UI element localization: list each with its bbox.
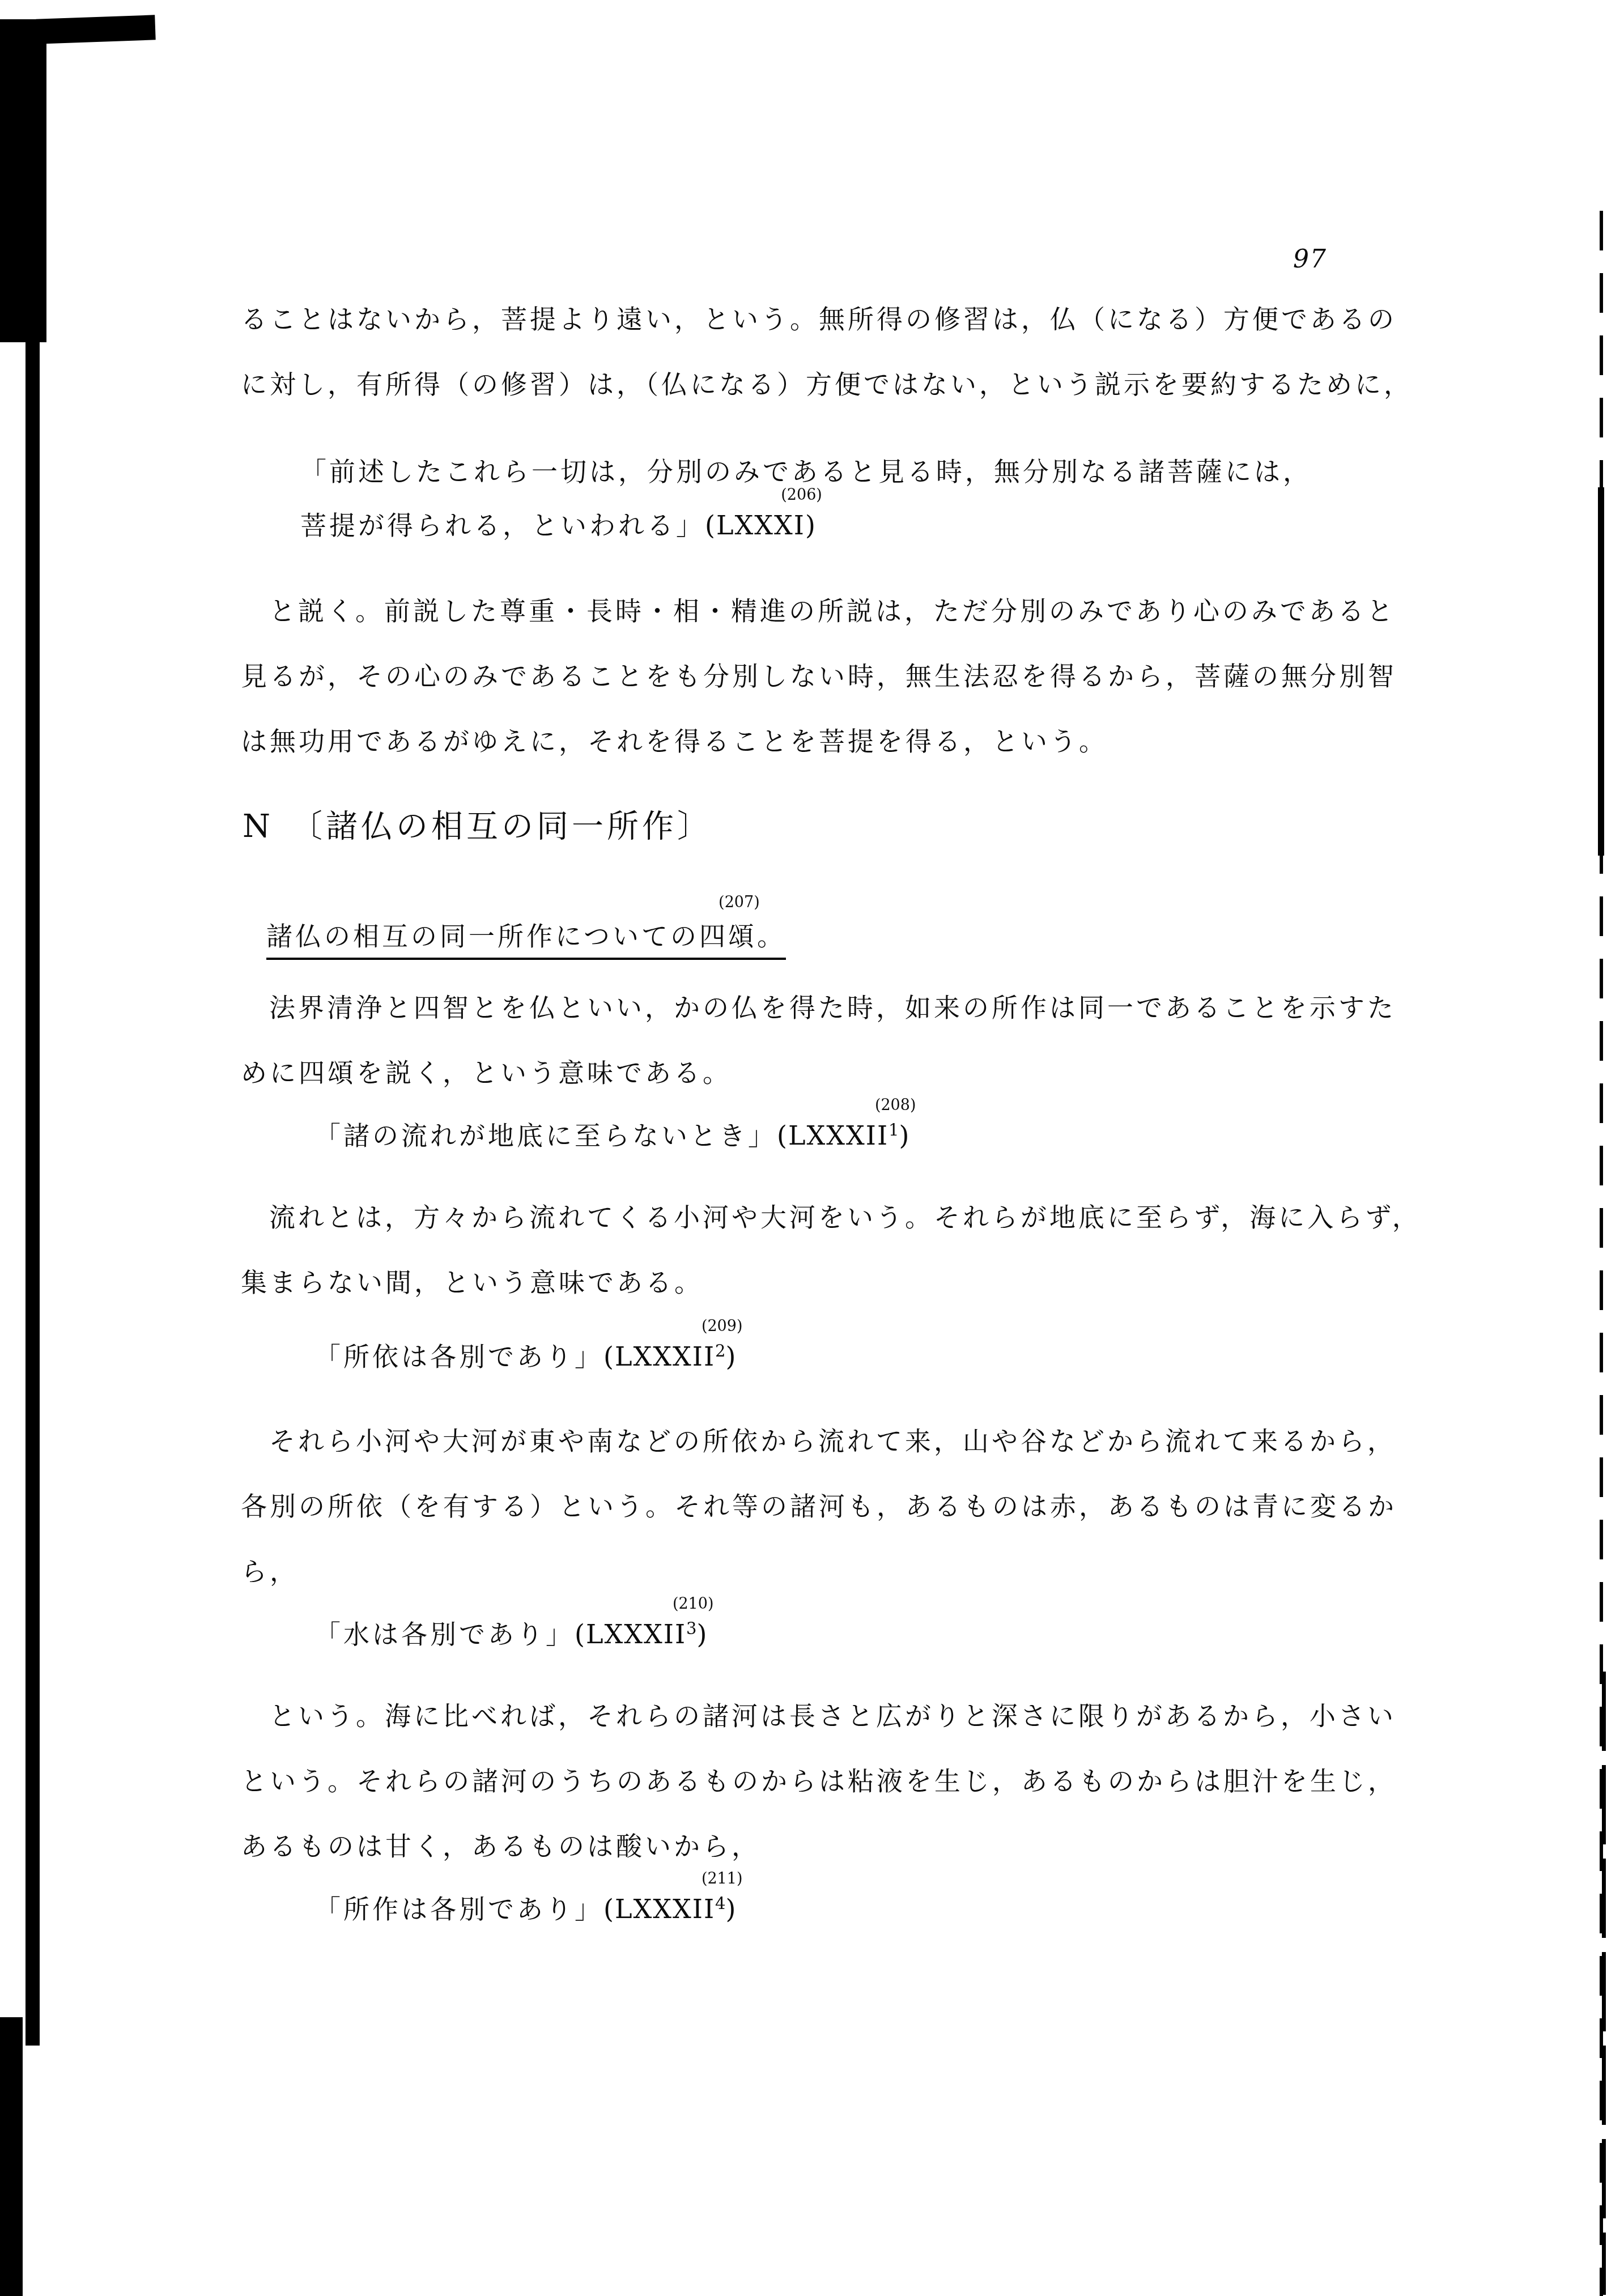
- quote-ref-post: ): [697, 1619, 708, 1649]
- verse-ref-label: (LXXXI): [705, 510, 817, 541]
- paragraph-line: は無功用であるがゆえに，それを得ることを菩提を得る，という。: [241, 709, 1397, 774]
- verse-ref: (LXXXI)(206): [705, 510, 817, 541]
- paragraph-line: 見るが，その心のみであることをも分別しない時，無生法忍を得るから，菩薩の無分別智: [241, 644, 1397, 709]
- quote-ref-pre: (LXXXII: [777, 1120, 888, 1151]
- paragraph-3: 法界清浄と四智とを仏といい，かの仏を得た時，如来の所作は同一であることを示すた …: [241, 975, 1396, 1106]
- paragraph-line: 集まらない間，という意味である。: [241, 1250, 1421, 1315]
- footnote-number: (209): [702, 1319, 743, 1334]
- quote-ref-superscript: 2: [715, 1341, 725, 1360]
- paragraph-line: という。海に比べれば，それらの諸河は長さと広がりと深さに限りがあるから，小さい: [241, 1683, 1397, 1749]
- page-number: 97: [1293, 245, 1327, 274]
- scan-artifact-top-smear: [36, 15, 155, 44]
- quote-line-208: 「諸の流れが地底に至らないとき」(LXXXII1)(208): [314, 1120, 911, 1151]
- scan-artifact-right-streak-dense: [1598, 487, 1604, 856]
- verse-quote: 「前述したこれら一切は，分別のみであると見る時，無分別なる諸菩薩には， 菩提が得…: [300, 445, 1312, 552]
- quote-ref-post: ): [726, 1894, 737, 1924]
- quote-ref: (LXXXII2)(209): [603, 1341, 737, 1372]
- paragraph-6: という。海に比べれば，それらの諸河は長さと広がりと深さに限りがあるから，小さい …: [241, 1683, 1397, 1879]
- scanned-document-page: 97 ることはないから，菩提より遠い，という。無所得の修習は，仏（になる）方便で…: [0, 0, 1624, 2296]
- quote-ref-pre: (LXXXII: [603, 1894, 715, 1924]
- quote-ref-post: ): [726, 1341, 737, 1372]
- subheading-noted-text: 四頌。: [699, 921, 786, 951]
- paragraph-2: と説く。前説した尊重・長時・相・精進の所説は，ただ分別のみであり心のみであると …: [241, 579, 1397, 774]
- paragraph-line: 流れとは，方々から流れてくる小河や大河をいう。それらが地底に至らず，海に入らず，: [241, 1185, 1421, 1250]
- subheading-noted-part: 四頌。(207): [699, 921, 786, 951]
- scan-artifact-right-streak-lower: [1602, 1672, 1606, 2295]
- footnote-number: (211): [702, 1871, 743, 1886]
- section-heading: N〔諸仏の相互の同一所作〕: [243, 807, 712, 845]
- quote-text: 「所作は各別であり」: [314, 1894, 603, 1924]
- paragraph-line: と説く。前説した尊重・長時・相・精進の所説は，ただ分別のみであり心のみであると: [241, 579, 1397, 644]
- paragraph-line: それら小河や大河が東や南などの所依から流れて来，山や谷などから流れて来るから，: [241, 1409, 1397, 1474]
- subheading-text: 諸仏の相互の同一所作についての: [266, 921, 699, 951]
- quote-text: 「水は各別であり」: [314, 1619, 575, 1649]
- subheading-underlined: 諸仏の相互の同一所作についての四頌。(207): [266, 922, 786, 960]
- paragraph-4: 流れとは，方々から流れてくる小河や大河をいう。それらが地底に至らず，海に入らず，…: [241, 1185, 1421, 1315]
- paragraph-line: 法界清浄と四智とを仏といい，かの仏を得た時，如来の所作は同一であることを示すた: [241, 975, 1396, 1040]
- quote-ref-superscript: 4: [715, 1894, 725, 1913]
- paragraph-line: ら，: [241, 1539, 1397, 1604]
- verse-text: 菩提が得られる，といわれる」: [300, 510, 705, 541]
- quote-text: 「所依は各別であり」: [314, 1341, 603, 1372]
- paragraph-1: ることはないから，菩提より遠い，という。無所得の修習は，仏（になる）方便であるの…: [241, 287, 1413, 417]
- quote-line-211: 「所作は各別であり」(LXXXII4)(211): [314, 1894, 737, 1925]
- scan-artifact-left-bar: [25, 340, 40, 2046]
- paragraph-line: あるものは甘く，あるものは酸いから，: [241, 1814, 1397, 1879]
- quote-ref: (LXXXII4)(211): [603, 1894, 737, 1924]
- verse-line: 菩提が得られる，といわれる」(LXXXI)(206): [300, 499, 1312, 552]
- quote-ref-superscript: 3: [686, 1619, 696, 1638]
- quote-ref: (LXXXII3)(210): [575, 1619, 708, 1649]
- quote-ref-post: ): [899, 1120, 911, 1151]
- quote-ref-pre: (LXXXII: [575, 1619, 686, 1649]
- paragraph-line: めに四頌を説く，という意味である。: [241, 1040, 1396, 1106]
- footnote-number: (208): [875, 1098, 916, 1113]
- section-title: 〔諸仏の相互の同一所作〕: [291, 808, 712, 845]
- paragraph-line: ることはないから，菩提より遠い，という。無所得の修習は，仏（になる）方便であるの: [241, 287, 1413, 352]
- footnote-number: (206): [781, 487, 822, 503]
- quote-line-210: 「水は各別であり」(LXXXII3)(210): [314, 1619, 708, 1650]
- footnote-number: (207): [719, 895, 760, 910]
- scan-artifact-left-top: [0, 19, 46, 342]
- quote-line-209: 「所依は各別であり」(LXXXII2)(209): [314, 1341, 737, 1372]
- quote-ref-superscript: 1: [888, 1120, 899, 1140]
- paragraph-5: それら小河や大河が東や南などの所依から流れて来，山や谷などから流れて来るから， …: [241, 1409, 1397, 1604]
- quote-ref-pre: (LXXXII: [603, 1341, 715, 1372]
- footnote-number: (210): [673, 1596, 714, 1612]
- quote-text: 「諸の流れが地底に至らないとき」: [314, 1120, 777, 1151]
- paragraph-line: に対し，有所得（の修習）は，（仏になる）方便ではない，という説示を要約するために…: [241, 352, 1413, 417]
- section-letter: N: [243, 808, 274, 845]
- paragraph-line: 各別の所依（を有する）という。それ等の諸河も，あるものは赤，あるものは青に変るか: [241, 1474, 1397, 1539]
- quote-ref: (LXXXII1)(208): [777, 1120, 911, 1151]
- scan-artifact-left-bottom: [0, 2017, 23, 2296]
- paragraph-line: という。それらの諸河のうちのあるものからは粘液を生じ，あるものからは胆汁を生じ，: [241, 1749, 1397, 1814]
